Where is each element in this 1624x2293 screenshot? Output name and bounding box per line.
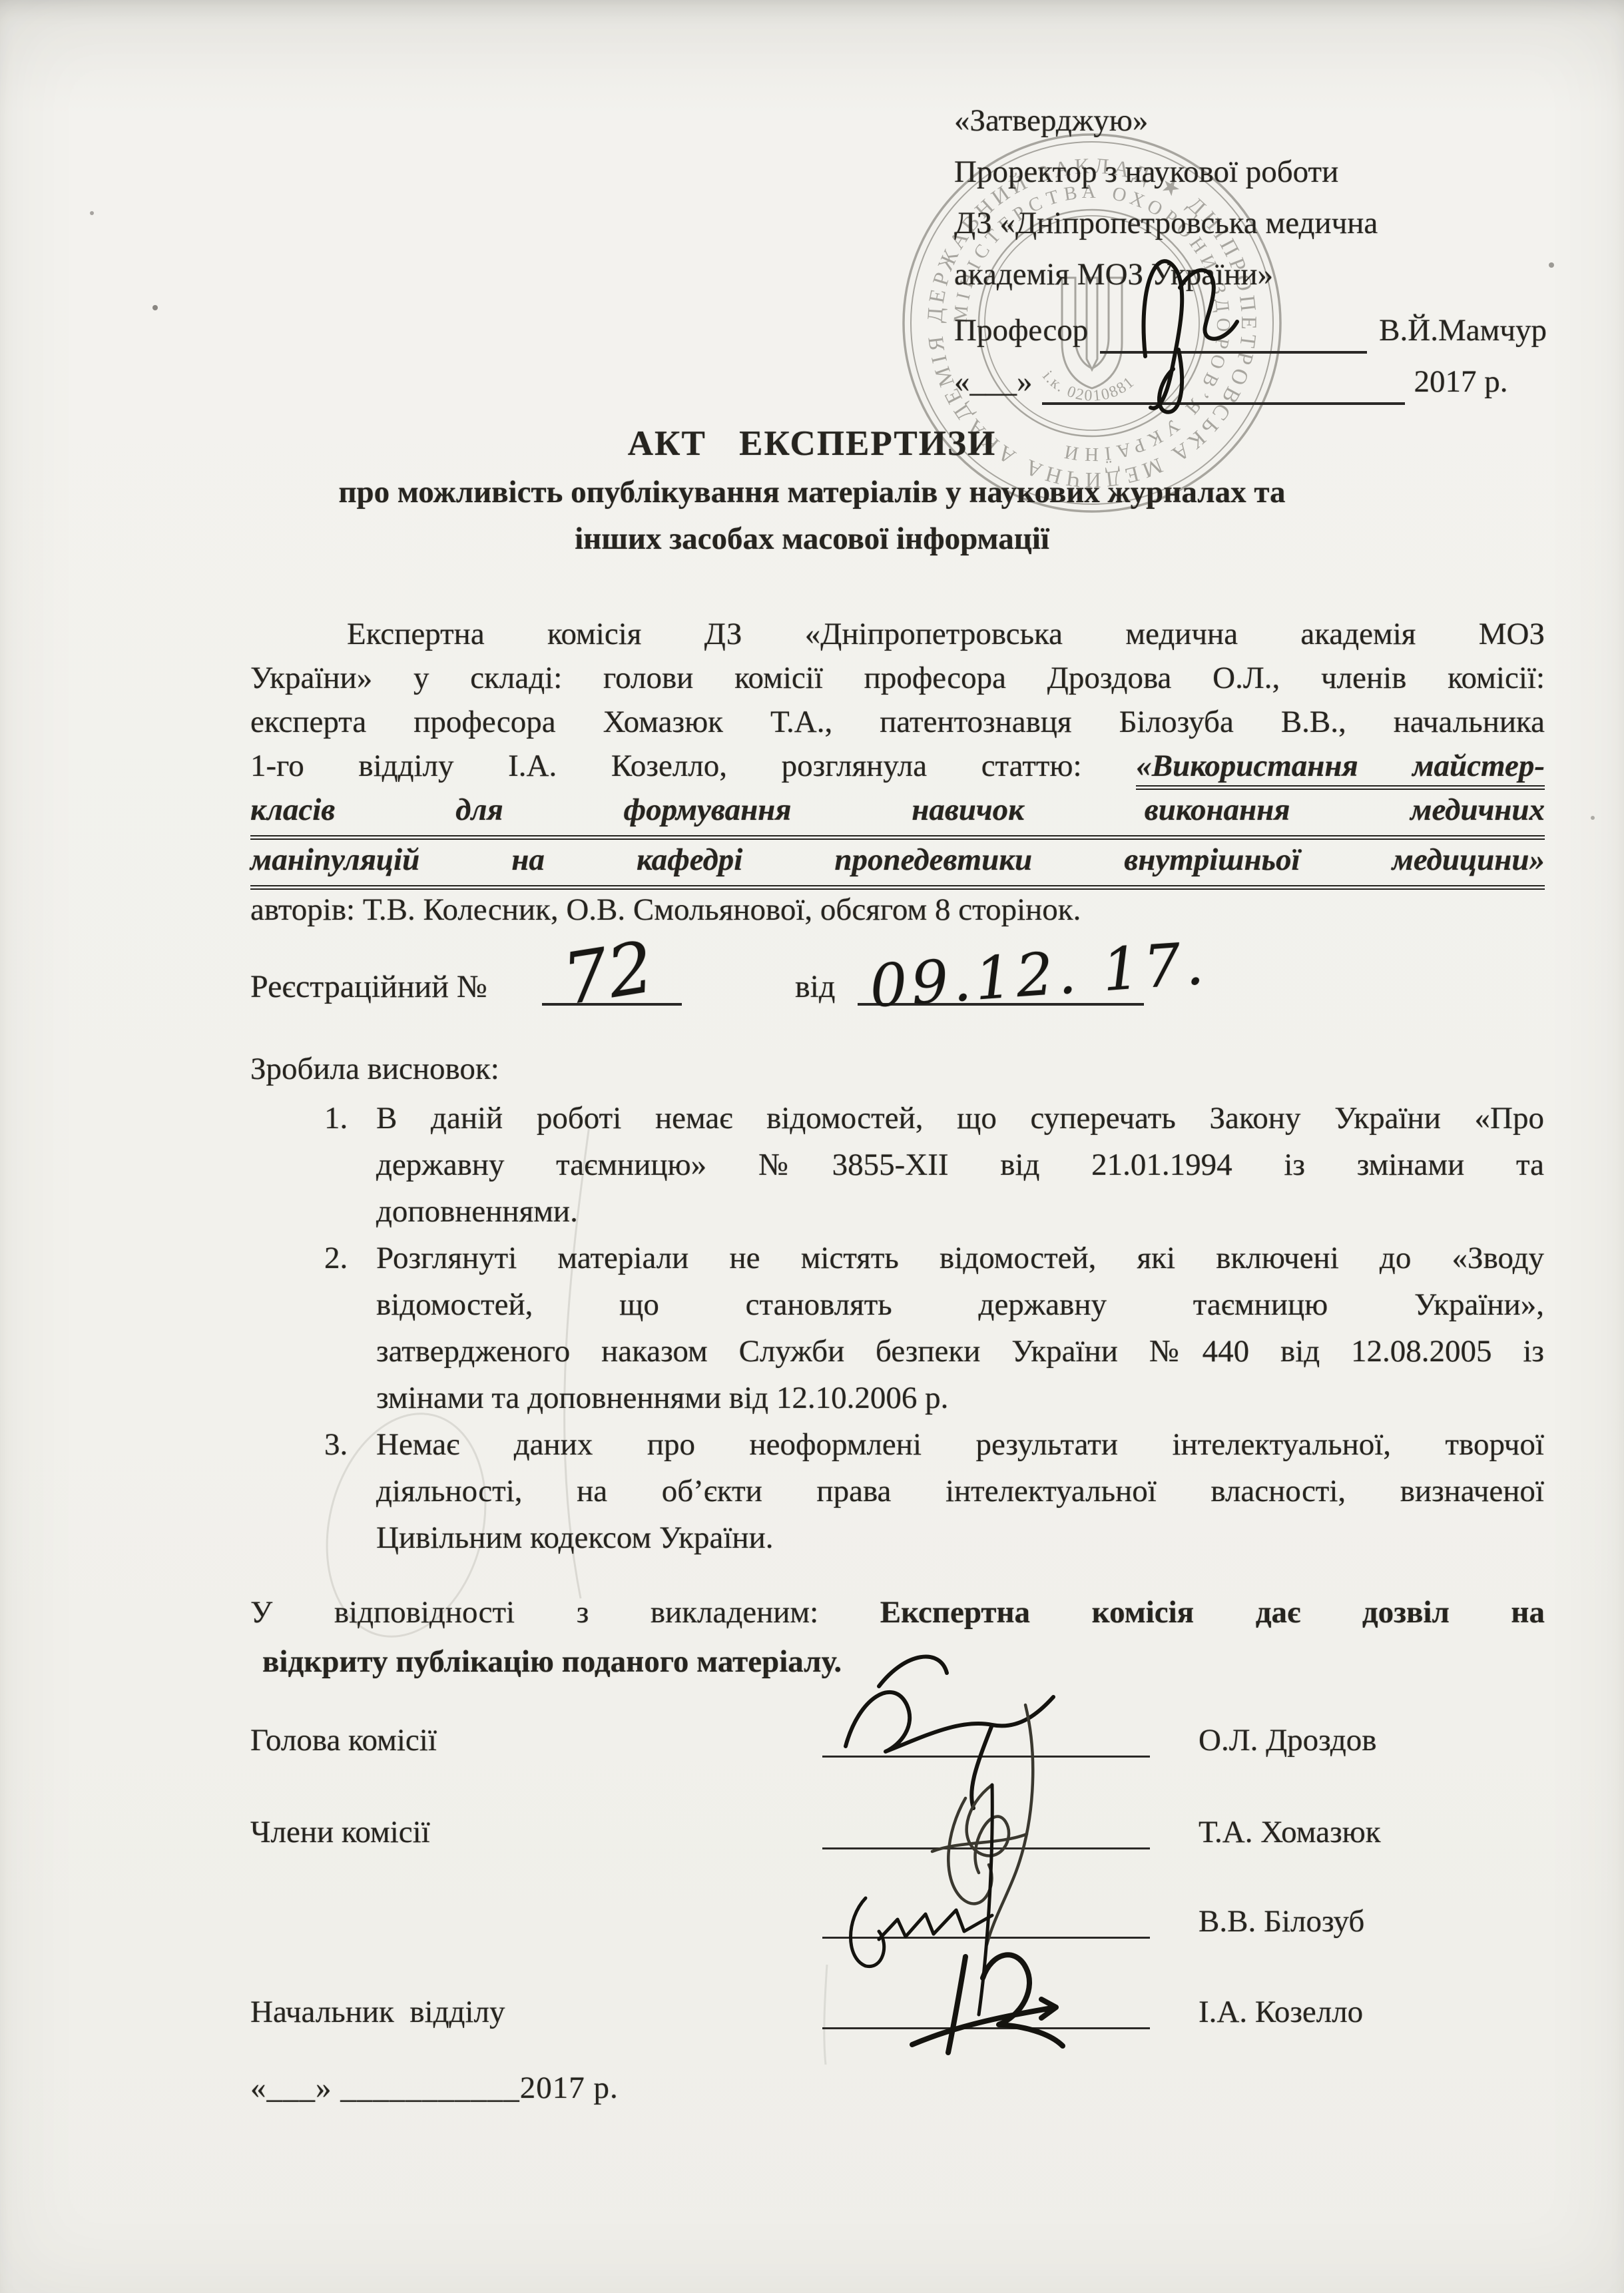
document-page: ДЕРЖАВНИЙ ЗАКЛАД ★ ДНІПРОПЕТРОВСЬКА МЕДИ… [0, 0, 1624, 2293]
item-number: 1. [324, 1100, 348, 1136]
signature-drozdov [846, 1657, 1053, 1808]
item-line: Немає даних про неоформлені результати і… [376, 1424, 1544, 1471]
conclusion-item-3: 3. Немає даних про неоформлені результат… [376, 1424, 1544, 1564]
signature-name: І.А. Козелло [1199, 1994, 1363, 2030]
item-line: Цивільним кодексом України. [376, 1517, 1544, 1564]
para-line-4: 1-го відділу І.А. Козелло, розглянула ст… [250, 746, 1545, 790]
signature-label: Голова комісії [250, 1722, 437, 1758]
registration-label: Реєстраційний № [250, 968, 487, 1005]
approve-position-label: Професор [954, 307, 1088, 354]
article-title-line-3: маніпуляцій на кафедрі пропедевтики внут… [250, 840, 1545, 890]
signature-mamchur [1079, 213, 1305, 426]
signature-kozello [912, 1955, 1063, 2053]
conclusion-intro: Зробила висновок: [250, 1051, 499, 1087]
doc-subtitle-line2: інших засобах масової інформації [0, 517, 1624, 563]
para-line-3: експерта професора Хомазюк Т.А., патенто… [250, 702, 1545, 746]
approve-name: В.Й.Мамчур [1379, 307, 1547, 354]
doc-subtitle: про можливість опублікування матеріалів … [0, 470, 1624, 563]
signature-khomaziuk [932, 1705, 1033, 1945]
approve-role: Проректор з наукової роботи [954, 149, 1547, 200]
item-line: Розглянуті матеріали не містять відомост… [376, 1237, 1544, 1284]
registration-row: Реєстраційний № 72 від 09.12. 17. [250, 960, 1545, 1054]
signature-bilozub [851, 1785, 993, 2015]
article-title-fragment: «Використання майстер- [1136, 749, 1545, 790]
para-line-4-text: 1-го відділу І.А. Козелло, розглянула ст… [250, 749, 1082, 783]
date-blank-line: «___» ___________2017 р. [250, 2070, 619, 2106]
signatures-overlay [679, 1585, 1212, 2091]
registration-number-handwritten: 72 [557, 926, 659, 1021]
para-line-1: Експертна комісія ДЗ «Дніпропетровська м… [250, 614, 1545, 658]
doc-title: АКТ ЕКСПЕРТИЗИ [0, 424, 1624, 464]
signature-name: Т.А. Хомазюк [1199, 1814, 1381, 1850]
item-line: державну таємницю» №3855-XII від 21.01.1… [376, 1144, 1544, 1191]
conclusion-item-1: 1. В даній роботі немає відомостей, що с… [376, 1098, 1544, 1237]
item-number: 3. [324, 1427, 348, 1463]
approve-year: 2017 р. [1414, 358, 1508, 405]
approve-quote: «Затверджую» [954, 97, 1547, 149]
item-line: відомостей, що становлять державну таємн… [376, 1284, 1544, 1331]
item-line: затвердженого наказом Служби безпеки Укр… [376, 1331, 1544, 1377]
item-line: змінами та доповненнями від 12.10.2006 р… [376, 1377, 1544, 1424]
approve-date-blank: «___» [954, 358, 1033, 405]
para-line-7: авторів: Т.В. Колесник, О.В. Смольянової… [250, 890, 1545, 934]
article-title-line-2: класів для формування навичок виконання … [250, 790, 1545, 840]
conclusion-item-2: 2. Розглянуті матеріали не містять відом… [376, 1237, 1544, 1424]
item-line: діяльності, на об’єкти права інтелектуал… [376, 1471, 1544, 1517]
item-number: 2. [324, 1240, 348, 1276]
registration-from-label: від [795, 968, 835, 1005]
signature-name: О.Л. Дроздов [1199, 1722, 1376, 1758]
para-line-2: України» у складі: голови комісії профес… [250, 658, 1545, 702]
signature-name: В.В. Білозуб [1199, 1903, 1364, 1939]
body-paragraph: Експертна комісія ДЗ «Дніпропетровська м… [250, 614, 1545, 934]
signature-label: Начальник відділу [250, 1994, 505, 2030]
item-line: доповненнями. [376, 1191, 1544, 1237]
item-line: В даній роботі немає відомостей, що супе… [376, 1098, 1544, 1144]
doc-subtitle-line1: про можливість опублікування матеріалів … [0, 470, 1624, 517]
signature-label: Члени комісії [250, 1814, 430, 1850]
